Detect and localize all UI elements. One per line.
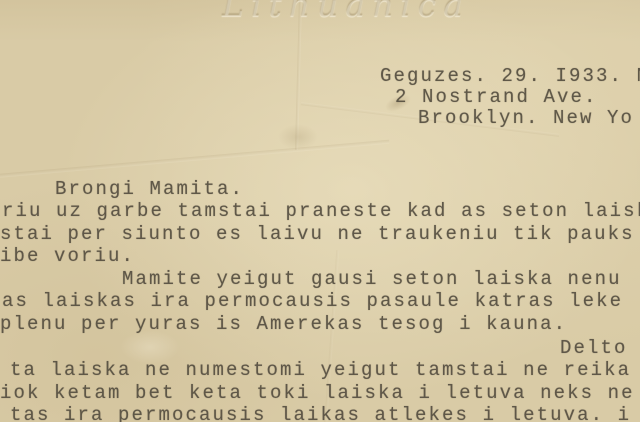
letter-address-line: 2 Nostrand Ave. <box>395 88 598 107</box>
letter-line: Delto <box>560 339 628 358</box>
paper-stain <box>278 124 318 150</box>
letter-salutation: Brongi Mamita. <box>55 180 244 199</box>
letter-line: iok ketam bet keta toki laiska i letuva … <box>0 384 635 403</box>
embossed-watermark-text: Lithuanica <box>222 0 470 24</box>
letter-address-line: Brooklyn. New Yo <box>418 109 634 128</box>
letter-line: as laiskas ira permocausis pasaule katra… <box>2 292 623 311</box>
letter-date-line: Geguzes. 29. I933. N <box>380 67 640 86</box>
letter-line: riu uz garbe tamstai praneste kad as set… <box>2 202 640 221</box>
letter-line: tas ira permocausis laikas atlekes i let… <box>10 406 631 422</box>
letter-line: Mamite yeigut gausi seton laiska nenu <box>122 270 622 289</box>
letter-line: ta laiska ne numestomi yeigut tamstai ne… <box>10 361 631 380</box>
letter-line: ibe voriu. <box>0 247 135 266</box>
letter-scan: Lithuanica Geguzes. 29. I933. N 2 Nostra… <box>0 0 640 422</box>
letter-line: plenu per yuras is Amerekas tesog i kaun… <box>0 315 567 334</box>
paper-crease <box>0 140 389 181</box>
letter-line: stai per siunto es laivu ne traukeniu ti… <box>0 225 635 244</box>
